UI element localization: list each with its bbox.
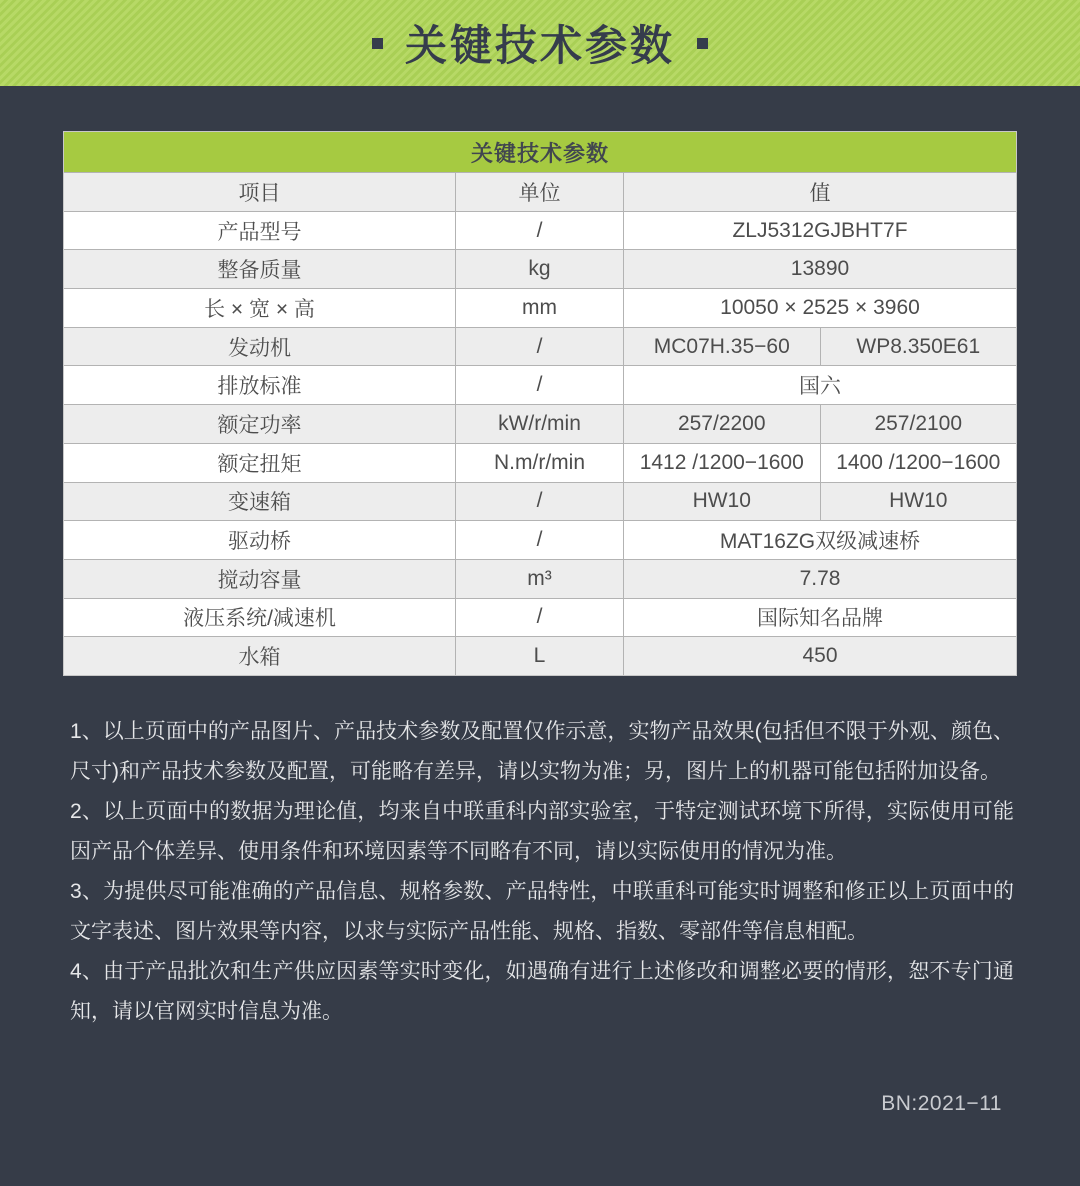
spec-unit: N.m/r/min [456, 444, 624, 482]
spec-value: 13890 [624, 250, 1016, 288]
disclaimer-paragraph-3: 3、为提供尽可能准确的产品信息、规格参数、产品特性，中联重科可能实时调整和修正以… [70, 872, 1014, 952]
spec-unit: / [456, 328, 624, 366]
table-row: 额定功率 kW/r/min 257/2200 257/2100 [64, 404, 1016, 443]
spec-value-right: HW10 [821, 483, 1017, 521]
spec-unit: / [456, 599, 624, 637]
table-row: 排放标准 / 国六 [64, 365, 1016, 404]
table-row: 长 × 宽 × 高 mm 10050 × 2525 × 3960 [64, 288, 1016, 327]
spec-value-left: 1412 /1200−1600 [624, 444, 821, 482]
column-header-value: 值 [624, 173, 1016, 211]
spec-item: 搅动容量 [64, 560, 456, 598]
spec-table: 关键技术参数 项目 单位 值 产品型号 / ZLJ5312GJBHT7F 整备质… [63, 131, 1017, 676]
page-title: 关键技术参数 [405, 13, 675, 73]
table-row: 搅动容量 m³ 7.78 [64, 559, 1016, 598]
table-row: 整备质量 kg 13890 [64, 249, 1016, 288]
spec-item: 水箱 [64, 637, 456, 675]
spec-value-left: 257/2200 [624, 405, 821, 443]
disclaimer-paragraph-1: 1、以上页面中的产品图片、产品技术参数及配置仅作示意，实物产品效果(包括但不限于… [70, 712, 1014, 792]
spec-table-title: 关键技术参数 [64, 132, 1016, 172]
spec-value-pair: 1412 /1200−1600 1400 /1200−1600 [624, 444, 1016, 482]
spec-item: 液压系统/减速机 [64, 599, 456, 637]
banner-square-left-icon [372, 38, 383, 49]
column-header-item: 项目 [64, 173, 456, 211]
spec-item: 整备质量 [64, 250, 456, 288]
spec-unit: / [456, 366, 624, 404]
disclaimer-paragraph-4: 4、由于产品批次和生产供应因素等实时变化，如遇确有进行上述修改和调整必要的情形，… [70, 952, 1014, 1032]
page-banner: 关键技术参数 [0, 0, 1080, 86]
spec-value: 450 [624, 637, 1016, 675]
spec-item: 长 × 宽 × 高 [64, 289, 456, 327]
spec-value-pair: MC07H.35−60 WP8.350E61 [624, 328, 1016, 366]
spec-value-left: MC07H.35−60 [624, 328, 821, 366]
spec-item: 发动机 [64, 328, 456, 366]
spec-unit: m³ [456, 560, 624, 598]
spec-unit: mm [456, 289, 624, 327]
table-row: 变速箱 / HW10 HW10 [64, 482, 1016, 521]
column-header-unit: 单位 [456, 173, 624, 211]
spec-item: 排放标准 [64, 366, 456, 404]
spec-item: 变速箱 [64, 483, 456, 521]
table-header-row: 项目 单位 值 [64, 172, 1016, 211]
disclaimer-block: 1、以上页面中的产品图片、产品技术参数及配置仅作示意，实物产品效果(包括但不限于… [70, 712, 1014, 1032]
spec-value-right: 1400 /1200−1600 [821, 444, 1017, 482]
spec-unit: kg [456, 250, 624, 288]
batch-number: BN:2021−11 [881, 1092, 1002, 1116]
spec-unit: / [456, 521, 624, 559]
table-row: 额定扭矩 N.m/r/min 1412 /1200−1600 1400 /120… [64, 443, 1016, 482]
spec-value: 7.78 [624, 560, 1016, 598]
spec-value: ZLJ5312GJBHT7F [624, 212, 1016, 250]
spec-value: 国际知名品牌 [624, 599, 1016, 637]
spec-item: 驱动桥 [64, 521, 456, 559]
table-row: 发动机 / MC07H.35−60 WP8.350E61 [64, 327, 1016, 366]
spec-value-pair: HW10 HW10 [624, 483, 1016, 521]
table-row: 驱动桥 / MAT16ZG双级减速桥 [64, 520, 1016, 559]
table-row: 液压系统/减速机 / 国际知名品牌 [64, 598, 1016, 637]
table-row: 水箱 L 450 [64, 636, 1016, 675]
banner-square-right-icon [697, 38, 708, 49]
spec-value: MAT16ZG双级减速桥 [624, 521, 1016, 559]
spec-item: 额定功率 [64, 405, 456, 443]
spec-unit: kW/r/min [456, 405, 624, 443]
spec-value-right: 257/2100 [821, 405, 1017, 443]
spec-value: 10050 × 2525 × 3960 [624, 289, 1016, 327]
spec-unit: / [456, 212, 624, 250]
disclaimer-paragraph-2: 2、以上页面中的数据为理论值，均来自中联重科内部实验室，于特定测试环境下所得，实… [70, 792, 1014, 872]
spec-unit: L [456, 637, 624, 675]
spec-item: 产品型号 [64, 212, 456, 250]
spec-value: 国六 [624, 366, 1016, 404]
spec-value-right: WP8.350E61 [821, 328, 1017, 366]
spec-unit: / [456, 483, 624, 521]
spec-value-left: HW10 [624, 483, 821, 521]
spec-value-pair: 257/2200 257/2100 [624, 405, 1016, 443]
table-row: 产品型号 / ZLJ5312GJBHT7F [64, 211, 1016, 250]
spec-item: 额定扭矩 [64, 444, 456, 482]
